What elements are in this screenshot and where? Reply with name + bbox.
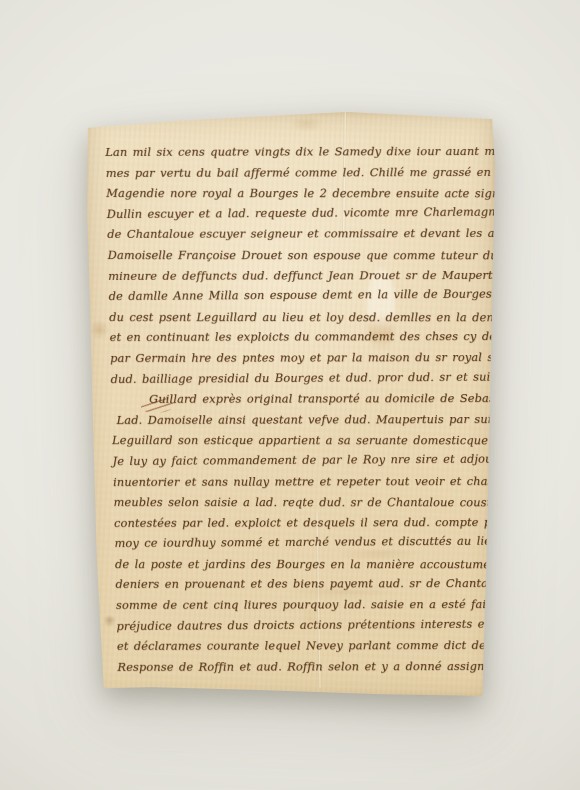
- manuscript-line: Magendie nore royal a Bourges le 2 decem…: [106, 183, 482, 204]
- manuscript-line: Response de Roffin et aud. Roffin selon …: [117, 656, 493, 678]
- manuscript-line: mes par vertu du bail affermé comme led.…: [105, 162, 481, 184]
- manuscript-line: par Germain hre des pntes moy et par la …: [110, 347, 486, 369]
- manuscript-line: Damoiselle Françoise Drouet son espouse …: [107, 245, 483, 266]
- manuscript-paper: Lan mil six cens quatre vingts dix le Sa…: [85, 112, 495, 700]
- photo-backdrop: Lan mil six cens quatre vingts dix le Sa…: [0, 0, 580, 790]
- manuscript-line: Lan mil six cens quatre vingts dix le Sa…: [105, 141, 481, 163]
- manuscript-text: Lan mil six cens quatre vingts dix le Sa…: [105, 141, 494, 677]
- manuscript-line: mineure de deffuncts dud. deffunct Jean …: [108, 265, 484, 287]
- manuscript-line: de damlle Anne Milla son espouse demt en…: [108, 284, 485, 307]
- manuscript-line: et en continuant les exploicts du comman…: [109, 326, 485, 348]
- manuscript-line: meubles selon saisie a lad. reqte dud. s…: [113, 492, 489, 513]
- manuscript-line: préjudice dautres dus droicts actions pr…: [116, 613, 493, 636]
- manuscript-line: de Chantaloue escuyer seigneur et commis…: [107, 223, 483, 245]
- manuscript-line: Je luy ay faict commandement de par le R…: [112, 448, 489, 471]
- manuscript-line: moy ce iourdhuy sommé et marché vendus e…: [114, 531, 491, 554]
- paper-surface: Lan mil six cens quatre vingts dix le Sa…: [85, 112, 495, 700]
- manuscript-line: deniers en prouenant et des biens payemt…: [115, 573, 491, 595]
- manuscript-line: somme de cent cinq liures pourquoy lad. …: [116, 594, 492, 616]
- manuscript-line: dud. bailliage presidial du Bourges et d…: [110, 366, 487, 389]
- manuscript-line: inuentorier et sans nullay mettre et rep…: [113, 471, 489, 493]
- manuscript-line: et déclarames courante lequel Nevey parl…: [117, 635, 493, 657]
- manuscript-line: Dullin escuyer et a lad. requeste dud. v…: [106, 201, 483, 224]
- manuscript-line: du cest psent Leguillard au lieu et loy …: [109, 307, 485, 328]
- manuscript-line: Guillard exprès original transporté au d…: [111, 388, 487, 410]
- manuscript-line: Lad. Damoiselle ainsi questant vefve dud…: [111, 409, 487, 431]
- manuscript-line: de la poste et jardins des Bourges en la…: [115, 554, 491, 575]
